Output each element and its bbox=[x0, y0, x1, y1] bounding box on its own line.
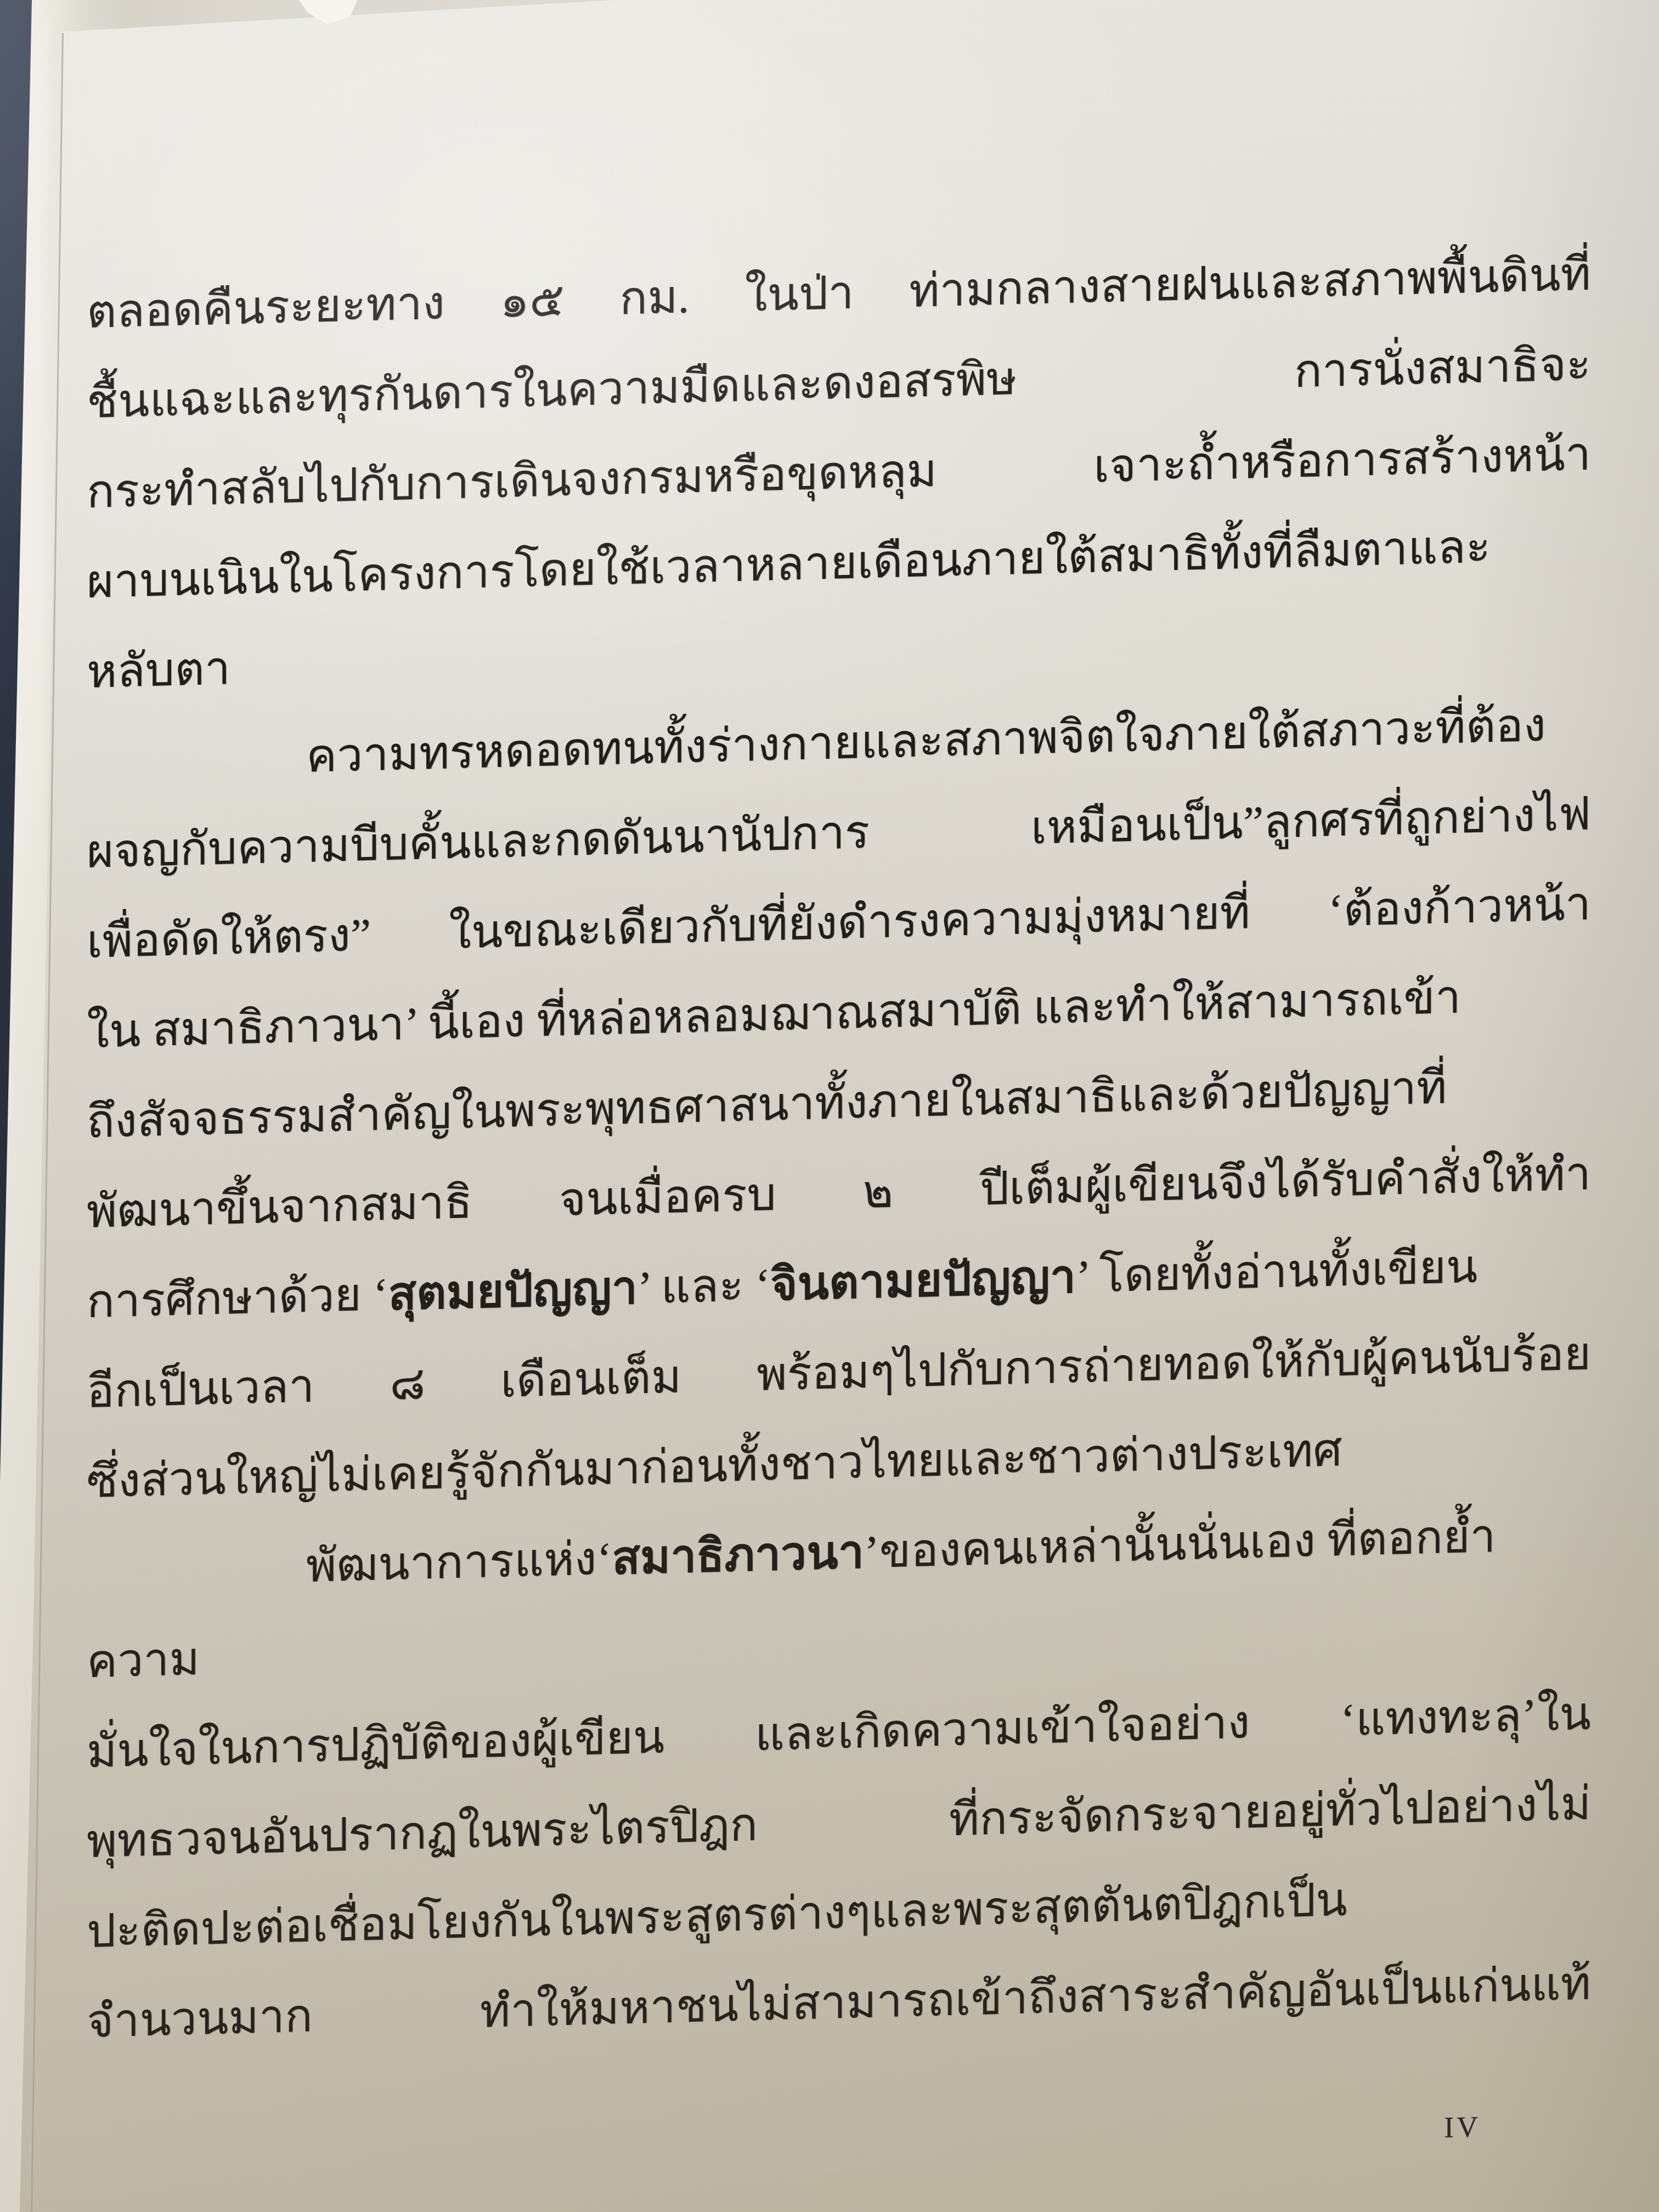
text-segment: การศึกษาด้วย ‘ bbox=[87, 1269, 388, 1328]
text-segment: ถึงสัจจธรรมสำคัญในพระพุทธศาสนาทั้งภายในส… bbox=[87, 1062, 1447, 1148]
photo-of-book-page: { "document": { "language": "Thai", "pag… bbox=[0, 0, 1659, 2212]
text-segment: ผาบนเนินในโครงการโดยใช้เวลาหลายเดือนภายใ… bbox=[87, 521, 1491, 608]
text-segment: หลับตา bbox=[87, 643, 230, 698]
text-segment: ’ โดยทั้งอ่านทั้งเขียน bbox=[1076, 1242, 1477, 1303]
text-segment: พุทธวจนอันปรากฏในพระไตรปิฎก ที่กระจัดกระ… bbox=[87, 1779, 1591, 1867]
page-number: IV bbox=[1444, 2109, 1481, 2144]
text-segment: เพื่อดัดให้ตรง” ในขณะเดียวกับที่ยังดำรงค… bbox=[87, 879, 1591, 968]
text-segment: ความทรหดอดทนทั้งร่างกายและสภาพจิตใจภายใต… bbox=[306, 700, 1546, 782]
bold-text-segment: สมาธิภาวนา bbox=[612, 1527, 864, 1584]
text-segment: มั่นใจในการปฏิบัติของผู้เขียน และเกิดควา… bbox=[87, 1689, 1591, 1778]
bold-text-segment: สุตมยปัญญา bbox=[388, 1263, 637, 1320]
text-segment: ’ และ ‘ bbox=[637, 1259, 770, 1313]
text-segment: พัฒนาการแห่ง‘ bbox=[306, 1533, 612, 1592]
text-segment: กระทำสลับไปกับการเดินจงกรมหรือขุดหลุม เจ… bbox=[87, 429, 1591, 518]
text-segment: อีกเป็นเวลา ๘ เดือนเต็ม พร้อมๆไปกับการถ่… bbox=[87, 1329, 1591, 1418]
text-segment: ใน สมาธิภาวนา’ นี้เอง ที่หล่อหลอมฌาณสมาบ… bbox=[87, 972, 1461, 1058]
text-segment: ผจญกับความบีบคั้นและกดดันนานัปการ เหมือน… bbox=[87, 789, 1591, 878]
text-segment: ซึ่งส่วนใหญ่ไม่เคยรู้จักกันมาก่อนทั้งชาว… bbox=[87, 1425, 1342, 1508]
text-segment: ปะติดปะต่อเชื่อมโยงกันในพระสูตรต่างๆและพ… bbox=[87, 1875, 1347, 1957]
text-segment: ชื้นแฉะและทุรกันดารในความมืดและดงอสรพิษ … bbox=[87, 339, 1591, 428]
text-segment: ตลอดคืนระยะทาง ๑๕ กม. ในป่า ท่ามกลางสายฝ… bbox=[87, 249, 1591, 338]
text-block: ตลอดคืนระยะทาง ๑๕ กม. ในป่า ท่ามกลางสายฝ… bbox=[87, 230, 1591, 2067]
bold-text-segment: จินตามยปัญญา bbox=[770, 1251, 1076, 1310]
text-segment: จำนวนมาก ทำให้มหาชนไม่สามารถเข้าถึงสาระส… bbox=[87, 1959, 1591, 2047]
text-segment: พัฒนาขึ้นจากสมาธิ จนเมื่อครบ ๒ ปีเต็มผู้… bbox=[87, 1149, 1591, 1238]
